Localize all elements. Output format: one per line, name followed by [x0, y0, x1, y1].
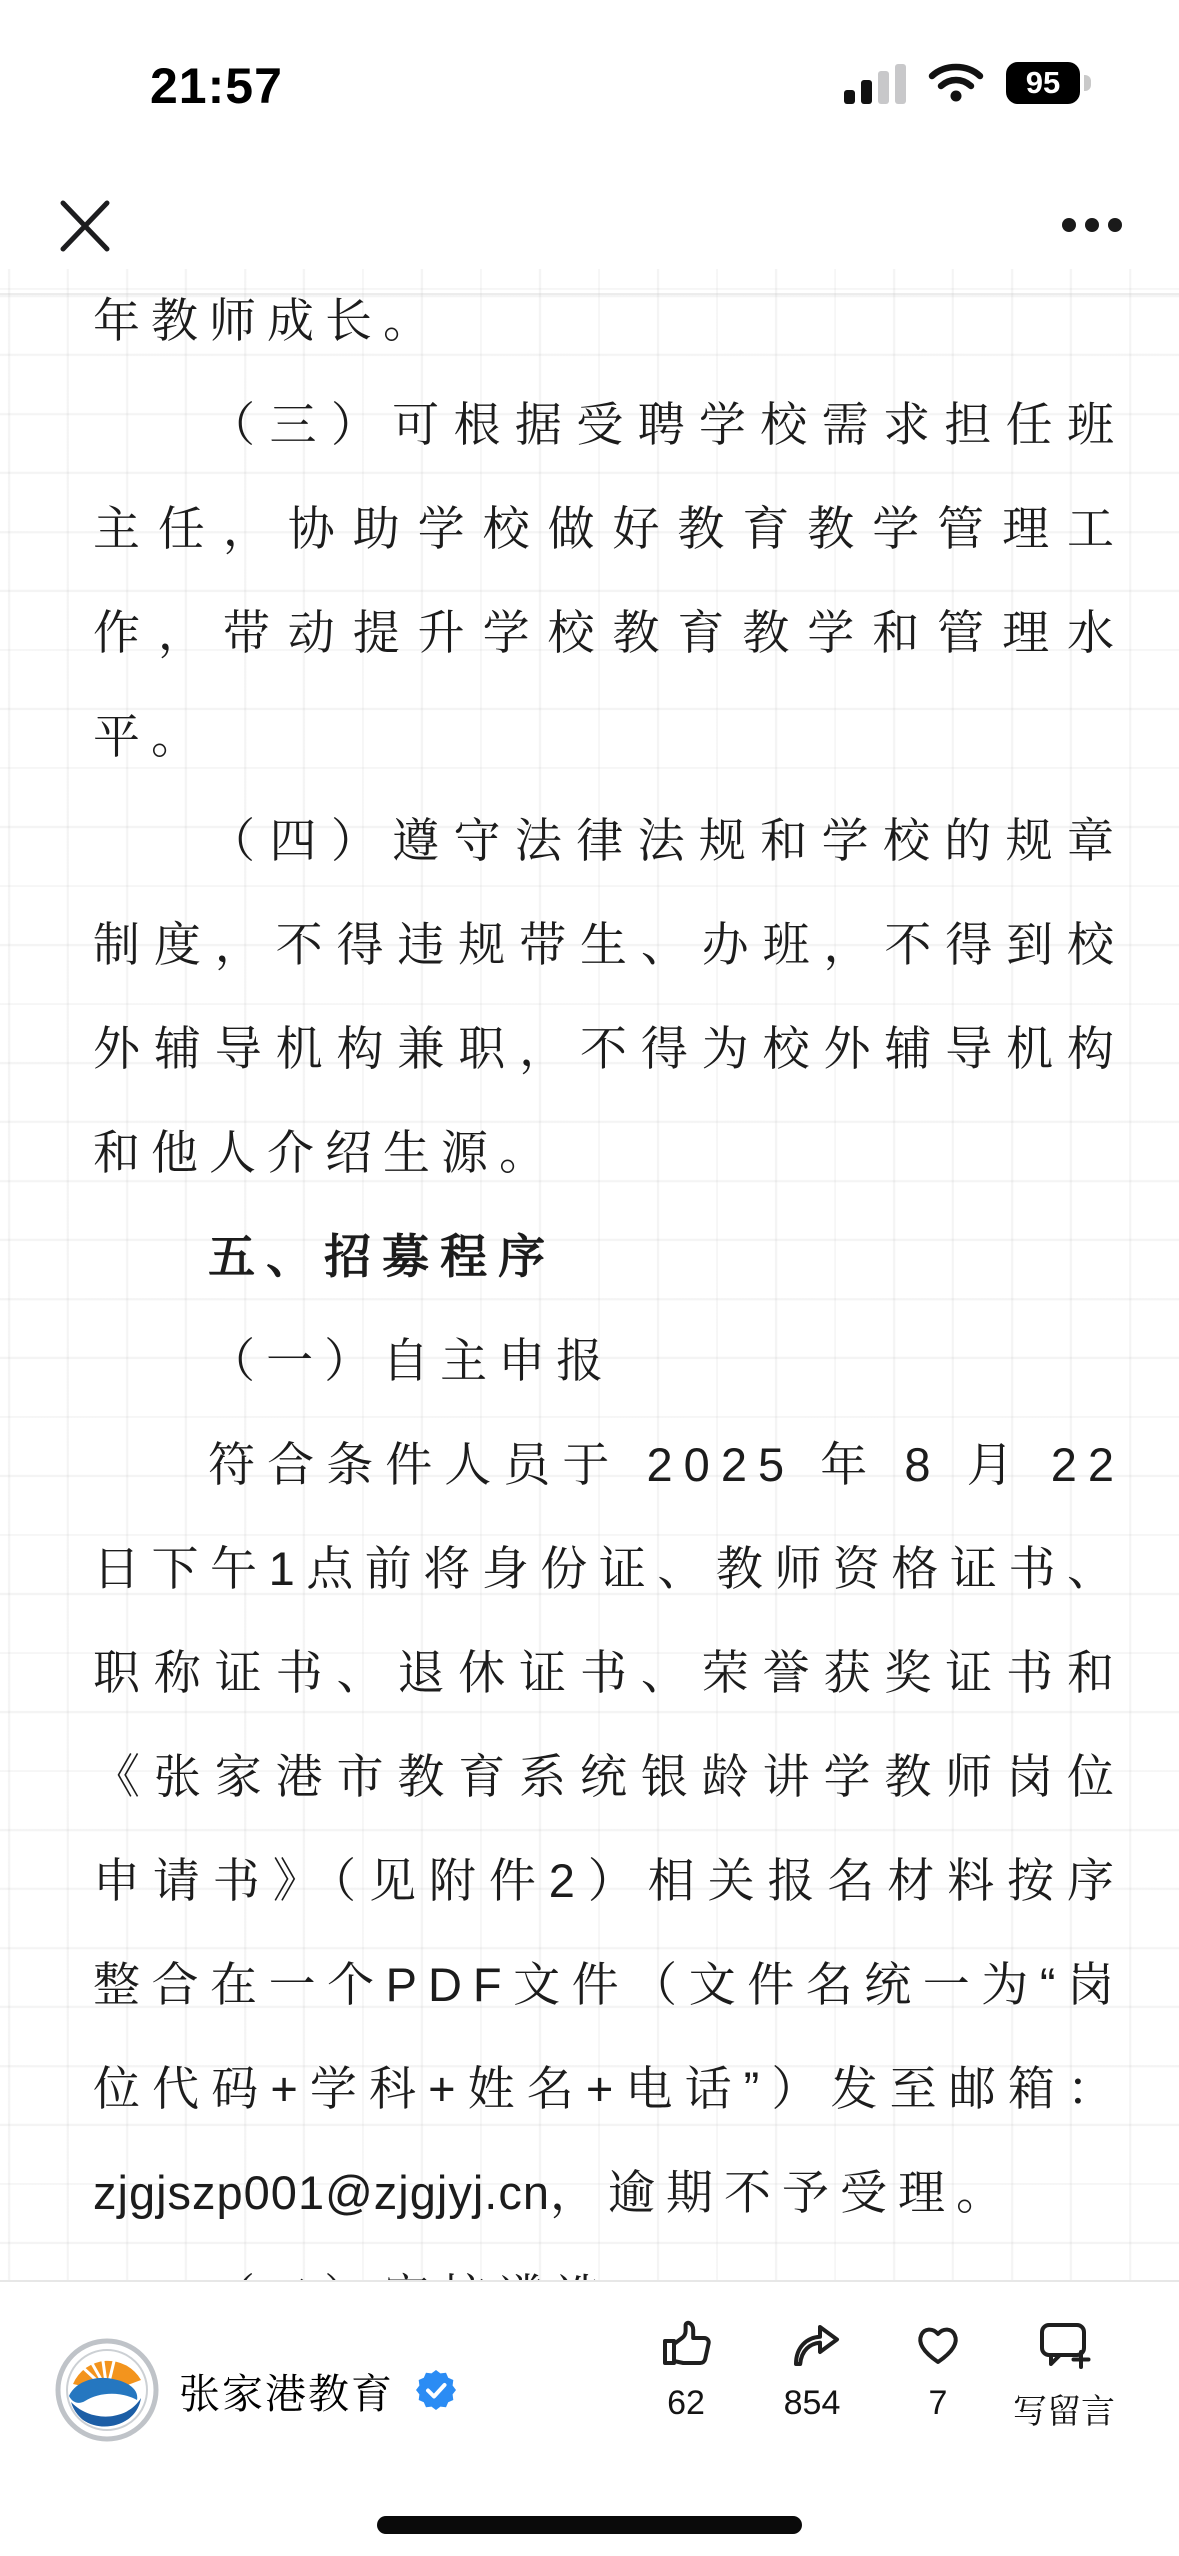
heart-icon — [909, 2316, 967, 2374]
account-name: 张家港教育 — [179, 2361, 394, 2420]
status-indicators: 95 — [844, 62, 1091, 104]
paragraph: 符合条件人员于 2025 年 8 月 22 日下午1点前将身份证、教师资格证书、… — [93, 1413, 1125, 2245]
cellular-signal-icon — [844, 62, 906, 104]
status-bar: 21:57 95 — [0, 0, 1179, 130]
paragraph: （三）可根据受聘学校需求担任班主任，协助学校做好教育教学管理工作，带动提升学校教… — [93, 373, 1125, 789]
battery-percent: 95 — [1006, 62, 1080, 104]
paragraph: （四）遵守法律法规和学校的规章制度，不得违规带生、办班，不得到校外辅导机构兼职，… — [93, 789, 1125, 1205]
phone-screen: 21:57 95 — [0, 0, 1179, 2556]
share-count: 854 — [784, 2384, 841, 2423]
account-logo — [55, 2338, 159, 2442]
thumbs-up-icon — [657, 2316, 715, 2374]
share-arrow-icon — [783, 2316, 841, 2374]
verified-badge-icon — [416, 2370, 456, 2410]
paragraph: （二）审核遴选 — [93, 2245, 1125, 2282]
wifi-icon — [928, 62, 984, 104]
status-time: 21:57 — [150, 57, 283, 115]
favorite-button[interactable]: 7 — [875, 2316, 1001, 2433]
paragraph: 年教师成长。 — [93, 269, 1125, 373]
home-indicator[interactable] — [377, 2516, 802, 2534]
paragraph: （一）自主申报 — [93, 1309, 1125, 1413]
article-body: 年教师成长。 （三）可根据受聘学校需求担任班主任，协助学校做好教育教学管理工作，… — [0, 269, 1179, 2282]
official-account[interactable]: 张家港教育 — [55, 2338, 456, 2442]
battery-tip — [1084, 75, 1091, 91]
action-bar: 62 854 7 写留言 — [623, 2316, 1127, 2433]
more-menu-icon[interactable] — [1060, 216, 1124, 234]
close-icon[interactable] — [60, 200, 110, 252]
comment-label: 写留言 — [1013, 2384, 1115, 2433]
email-address: zjgjszp001@zjgjyj.cn — [93, 2166, 550, 2219]
like-button[interactable]: 62 — [623, 2316, 749, 2433]
battery-icon: 95 — [1006, 62, 1091, 104]
favorite-count: 7 — [929, 2384, 948, 2423]
share-button[interactable]: 854 — [749, 2316, 875, 2433]
comment-button[interactable]: 写留言 — [1001, 2316, 1127, 2433]
section-heading: 五、招募程序 — [93, 1205, 1125, 1309]
like-count: 62 — [667, 2384, 705, 2423]
comment-plus-icon — [1035, 2316, 1093, 2374]
